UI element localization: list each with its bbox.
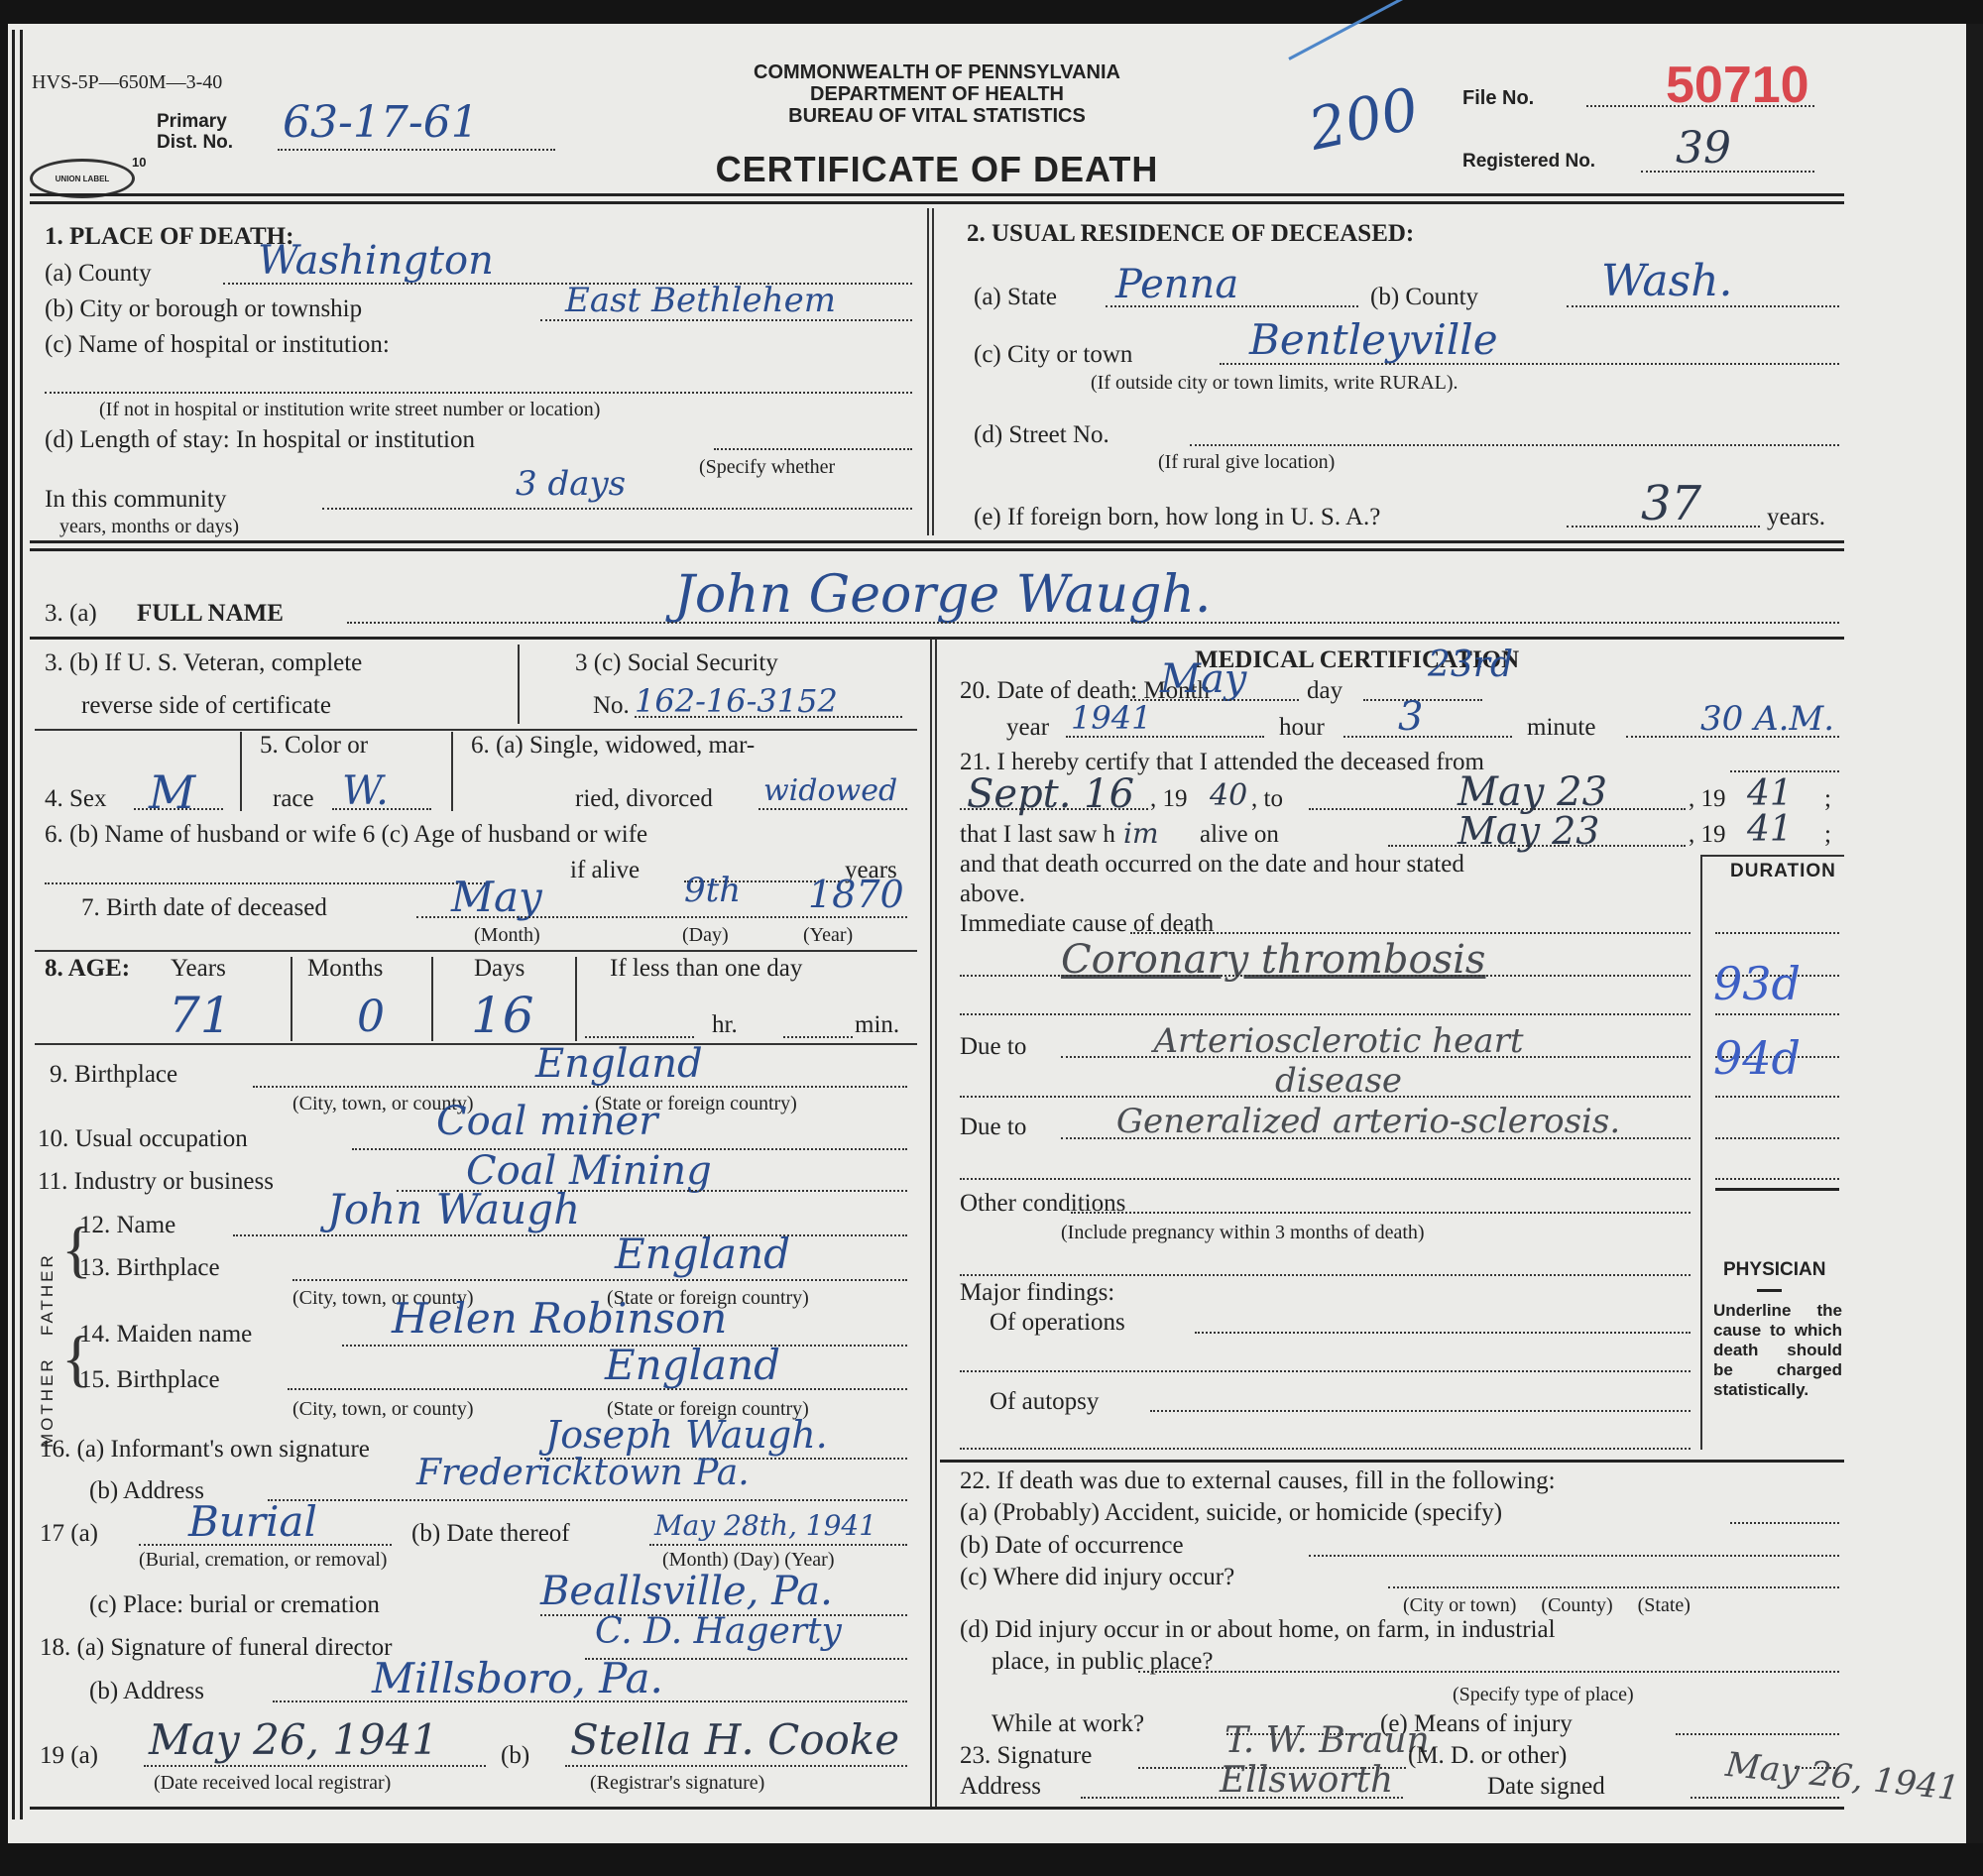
dotted-line <box>253 1086 907 1088</box>
birthplace-label: 9. Birthplace <box>50 1061 177 1089</box>
hospital-note: (If not in hospital or institution write… <box>99 399 600 421</box>
community-note: years, months or days) <box>59 516 239 538</box>
city-note: (City, town, or county) <box>292 1398 474 1421</box>
dotted-line <box>960 975 1691 977</box>
due-to-label: Due to <box>960 1033 1026 1061</box>
age-years-label: Years <box>171 955 226 983</box>
semicolon: ; <box>1824 785 1831 813</box>
external-a-label: (a) (Probably) Accident, suicide, or hom… <box>960 1499 1502 1527</box>
duration-heading: DURATION <box>1730 861 1836 882</box>
dotted-line <box>278 149 555 151</box>
dotted-line <box>268 1499 907 1501</box>
death-minute-label: minute <box>1527 714 1595 742</box>
physician-note: Underline the cause to which death shoul… <box>1713 1301 1842 1400</box>
attended-from: Sept. 16 <box>967 771 1134 817</box>
divider <box>935 640 937 1810</box>
residence-city-note: (If outside city or town limits, write R… <box>1091 372 1458 395</box>
duration-1: 93d <box>1713 957 1801 1010</box>
age-days-label: Days <box>474 955 525 983</box>
signature-address: Ellsworth <box>1220 1760 1393 1801</box>
hospital-label: (c) Name of hospital or institution: <box>45 331 390 359</box>
last-saw-label: that I last saw h <box>960 821 1115 849</box>
spouse-label: 6. (b) Name of husband or wife 6 (c) Age… <box>45 821 647 849</box>
occupation: Coal miner <box>436 1099 657 1144</box>
signature-label: 23. Signature <box>960 1742 1092 1770</box>
due-to-1: Arteriosclerotic heart disease <box>1101 1021 1576 1101</box>
dotted-line <box>1130 932 1691 934</box>
physician-signature: T. W. Braun <box>1225 1720 1430 1761</box>
last-saw-pronoun: im <box>1123 817 1159 850</box>
dotted-line <box>960 1274 1691 1276</box>
registrar-date-note: (Date received local registrar) <box>154 1772 391 1795</box>
county-label: (a) County <box>45 260 152 288</box>
mother-birthplace-label: 15. Birthplace <box>79 1366 220 1394</box>
page-title: CERTIFICATE OF DEATH <box>635 149 1239 190</box>
dotted-line <box>139 1544 392 1546</box>
father-name-label: 12. Name <box>79 1212 175 1239</box>
dotted-line <box>960 1013 1691 1015</box>
color-label: 5. Color or <box>260 732 368 760</box>
external-c-label: (c) Where did injury occur? <box>960 1564 1234 1591</box>
dotted-line <box>635 716 902 718</box>
min-label: min. <box>855 1011 899 1039</box>
burial-place-label: (c) Place: burial or cremation <box>89 1591 380 1619</box>
father-tag: FATHER <box>38 1222 58 1336</box>
mother-birthplace: England <box>605 1341 780 1389</box>
dotted-line <box>144 1765 486 1767</box>
external-heading: 22. If death was due to external causes,… <box>960 1467 1556 1495</box>
dotted-line <box>45 882 486 884</box>
scan-edge <box>1966 24 1983 1843</box>
dotted-line <box>1195 1332 1691 1334</box>
divider <box>35 950 917 952</box>
years-label: years. <box>1767 504 1825 531</box>
to-year-prefix: , 19 <box>1689 785 1726 813</box>
divider <box>930 640 932 1810</box>
occurred-label-2: above. <box>960 880 1025 908</box>
mother-name-label: 14. Maiden name <box>79 1321 252 1348</box>
dotted-line <box>1343 736 1512 738</box>
disposal-date: May 28th, 1941 <box>654 1509 876 1542</box>
department: DEPARTMENT OF HEALTH <box>635 83 1239 105</box>
community-value: 3 days <box>516 464 626 504</box>
agency-block: COMMONWEALTH OF PENNSYLVANIA DEPARTMENT … <box>635 61 1239 127</box>
dotted-line <box>1715 1178 1839 1180</box>
age-years: 71 <box>169 987 232 1044</box>
dotted-line <box>783 1036 853 1038</box>
dotted-line <box>347 622 1839 624</box>
dotted-line <box>960 808 1148 810</box>
dotted-line <box>1715 1013 1839 1015</box>
funeral-director-label: 18. (a) Signature of funeral director <box>40 1634 392 1662</box>
dotted-line <box>1150 1410 1691 1412</box>
director-address: Millsboro, Pa. <box>372 1654 663 1702</box>
dotted-line <box>1061 1056 1691 1058</box>
sex-label: 4. Sex <box>45 785 107 813</box>
foreign-label: (e) If foreign born, how long in U. S. A… <box>974 504 1380 531</box>
death-day: 23rd <box>1428 645 1513 685</box>
divider <box>518 645 520 724</box>
marital-status: widowed <box>763 773 897 808</box>
death-year-label: year <box>1006 714 1049 742</box>
bureau: BUREAU OF VITAL STATISTICS <box>635 105 1239 127</box>
veteran-label: 3. (b) If U. S. Veteran, complete <box>45 649 362 677</box>
dotted-line <box>322 508 912 510</box>
day-note: (Day) <box>682 924 729 947</box>
spouse-alive-label: if alive <box>570 857 640 884</box>
dotted-line <box>1061 1137 1691 1139</box>
ss-no-label: No. <box>593 692 630 720</box>
birth-day: 9th <box>684 871 741 910</box>
disposal-note: (Burial, cremation, or removal) <box>139 1549 387 1572</box>
street-label: (d) Street No. <box>974 421 1109 449</box>
divider <box>575 957 577 1041</box>
age-label: 8. AGE: <box>45 955 130 983</box>
ss-no: 162-16-3152 <box>635 682 838 720</box>
dotted-line <box>714 448 912 450</box>
residence-state: Penna <box>1115 262 1238 307</box>
dist-no-label: Dist. No. <box>157 132 233 153</box>
dotted-line <box>1388 845 1686 847</box>
funeral-director: C. D. Hagerty <box>595 1611 842 1652</box>
dotted-line <box>1066 736 1264 738</box>
death-hour-label: hour <box>1279 714 1325 742</box>
primary-label: Primary <box>157 111 233 132</box>
burial-place: Beallsville, Pa. <box>540 1569 833 1614</box>
dotted-line <box>1567 526 1760 528</box>
dotted-line <box>45 392 912 394</box>
residence-county-label: (b) County <box>1370 284 1478 311</box>
divider <box>451 732 453 811</box>
commonwealth: COMMONWEALTH OF PENNSYLVANIA <box>635 61 1239 83</box>
due-to-2: Generalized arterio-sclerosis. <box>1091 1101 1646 1142</box>
disposal-date-label: (b) Date thereof <box>411 1520 570 1548</box>
major-findings-label: Major findings: <box>960 1279 1114 1307</box>
dotted-line <box>1071 1212 1691 1214</box>
director-address-label: (b) Address <box>89 1678 204 1705</box>
other-conditions-note: (Include pregnancy within 3 months of de… <box>1061 1222 1425 1244</box>
birth-month: May <box>451 873 542 921</box>
dotted-line <box>960 1370 1691 1372</box>
sex: M <box>149 765 195 819</box>
dotted-line <box>585 1036 694 1038</box>
registrar-date: May 26, 1941 <box>149 1715 438 1764</box>
residence-county: Wash. <box>1601 256 1733 306</box>
external-d-label: (d) Did injury occur in or about home, o… <box>960 1616 1556 1644</box>
registrar-signature-note: (Registrar's signature) <box>590 1772 764 1795</box>
dotted-line <box>273 1700 907 1702</box>
less-than-day-label: If less than one day <box>610 955 802 983</box>
death-city: East Bethlehem <box>565 281 836 320</box>
full-name: John George Waugh. <box>674 565 1211 625</box>
informant-signature: Joseph Waugh. <box>545 1413 828 1457</box>
age-months: 0 <box>357 992 385 1042</box>
registrar-label: 19 (a) <box>40 1742 98 1770</box>
signature-address-label: Address <box>960 1773 1041 1801</box>
signature-suffix: (M. D. or other) <box>1408 1742 1567 1770</box>
ss-label: 3 (c) Social Security <box>575 649 778 677</box>
dotted-line <box>1715 932 1839 934</box>
divider <box>240 732 242 811</box>
mother-name: Helen Robinson <box>392 1294 727 1343</box>
informant-address-label: (b) Address <box>89 1477 204 1505</box>
residence-city: Bentleyville <box>1249 315 1498 364</box>
occupation-label: 10. Usual occupation <box>38 1125 248 1153</box>
birth-label: 7. Birth date of deceased <box>81 894 327 922</box>
industry-label: 11. Industry or business <box>38 1168 274 1196</box>
dotted-line <box>758 808 907 810</box>
dotted-line <box>565 1765 907 1767</box>
dotted-line <box>1388 1586 1839 1588</box>
from-year: 40 <box>1210 778 1247 813</box>
community-label: In this community <box>45 486 226 514</box>
divider <box>932 208 934 535</box>
dotted-line <box>960 1096 1691 1098</box>
birthplace: England <box>535 1041 703 1087</box>
divider <box>1700 855 1844 857</box>
divider <box>30 637 1844 640</box>
death-year: 1941 <box>1071 699 1151 737</box>
father-name: John Waugh <box>327 1185 580 1233</box>
dotted-line <box>1586 105 1814 107</box>
registrar-signature-label: (b) <box>501 1742 529 1770</box>
divider <box>1700 855 1702 1450</box>
dotted-line <box>134 808 223 810</box>
marital-label-2: ried, divorced <box>575 785 713 813</box>
to-label: , to <box>1251 785 1283 813</box>
external-b-label: (b) Date of occurrence <box>960 1532 1184 1560</box>
death-county: Washington <box>258 238 494 284</box>
year-note: (Year) <box>803 924 853 947</box>
physician-heading: PHYSICIAN <box>1723 1259 1825 1281</box>
stay-note: (Specify whether <box>699 456 835 479</box>
file-no-label: File No. <box>1462 87 1534 110</box>
dotted-line <box>1106 305 1358 307</box>
dotted-line <box>1130 699 1299 701</box>
age-days: 16 <box>471 987 534 1044</box>
death-hour: 3 <box>1398 694 1423 740</box>
veteran-label-2: reverse side of certificate <box>81 692 331 720</box>
race-label: race <box>273 785 314 813</box>
registered-no: 39 <box>1676 123 1731 174</box>
dotted-line <box>416 916 907 918</box>
age-months-label: Months <box>307 955 383 983</box>
last-saw-year-prefix: , 19 <box>1689 821 1726 849</box>
divider <box>940 1460 1844 1463</box>
external-d-note: (Specify type of place) <box>1453 1684 1634 1706</box>
divider <box>35 729 917 731</box>
disposal-label: 17 (a) <box>40 1520 98 1548</box>
dotted-line <box>1691 1797 1839 1799</box>
divider <box>30 548 1844 551</box>
informant-address: Fredericktown Pa. <box>416 1453 750 1493</box>
dotted-line <box>1641 171 1814 173</box>
dotted-line <box>1715 1137 1839 1139</box>
primary-dist-no: 63-17-61 <box>283 97 479 148</box>
dotted-line <box>1626 736 1839 738</box>
frame-border <box>12 30 15 1819</box>
divider <box>1715 1188 1839 1191</box>
father-birthplace-label: 13. Birthplace <box>79 1254 220 1282</box>
residence-heading: 2. USUAL RESIDENCE OF DECEASED: <box>967 220 1414 248</box>
hr-label: hr. <box>712 1011 738 1039</box>
dotted-line <box>292 1279 907 1281</box>
place-of-death-heading: 1. PLACE OF DEATH: <box>45 223 293 251</box>
divider <box>30 1807 1844 1810</box>
disposal: Burial <box>188 1497 317 1546</box>
full-name-label: FULL NAME <box>137 600 284 628</box>
operations-label: Of operations <box>990 1309 1125 1337</box>
dotted-line <box>1730 1522 1839 1524</box>
duration-2: 94d <box>1713 1031 1801 1085</box>
dotted-line <box>1138 1671 1839 1673</box>
frame-border <box>20 30 23 1819</box>
from-year-prefix: , 19 <box>1150 785 1188 813</box>
marital-label: 6. (a) Single, widowed, mar- <box>471 732 755 760</box>
primary-dist-label: Primary Dist. No. <box>157 111 233 153</box>
dotted-line <box>1081 1797 1403 1799</box>
registrar-signature: Stella H. Cooke <box>570 1715 899 1764</box>
city-label: (b) City or borough or township <box>45 295 362 323</box>
father-birthplace: England <box>615 1230 790 1278</box>
external-c-note: (City or town) (County) (State) <box>1403 1594 1691 1617</box>
dotted-line <box>649 1544 907 1546</box>
dotted-line <box>1309 1555 1839 1557</box>
dotted-line <box>1220 363 1839 365</box>
divider <box>30 201 1844 204</box>
residence-city-label: (c) City or town <box>974 341 1132 369</box>
death-month: May <box>1160 656 1246 702</box>
due-to-label-2: Due to <box>960 1114 1026 1141</box>
street-note: (If rural give location) <box>1158 451 1335 474</box>
dotted-line <box>1190 444 1839 446</box>
dotted-line <box>1567 305 1839 307</box>
death-minute: 30 A.M. <box>1700 699 1834 739</box>
residence-state-label: (a) State <box>974 284 1057 311</box>
autopsy-label: Of autopsy <box>990 1388 1099 1416</box>
last-saw-year: 41 <box>1747 809 1793 850</box>
dotted-line <box>1730 770 1839 772</box>
full-name-prefix: 3. (a) <box>45 600 97 628</box>
dotted-line <box>288 1388 907 1390</box>
divider <box>30 193 1844 196</box>
dotted-line <box>540 319 912 321</box>
foreign-years: 37 <box>1641 476 1701 531</box>
month-note: (Month) <box>474 924 540 947</box>
divider <box>291 957 292 1041</box>
date-signed-label: Date signed <box>1487 1773 1605 1801</box>
work-label: While at work? <box>991 1710 1144 1738</box>
divider <box>927 208 929 535</box>
death-day-label: day <box>1307 677 1342 705</box>
form-code: HVS-5P—650M—3-40 <box>32 71 222 94</box>
mother-tag: MOTHER <box>38 1329 58 1448</box>
divider <box>30 540 1844 543</box>
dotted-line <box>233 1234 907 1236</box>
to-year: 41 <box>1747 773 1793 814</box>
alive-on-label: alive on <box>1200 821 1279 849</box>
dotted-line <box>332 808 431 810</box>
occurred-label: and that death occurred on the date and … <box>960 851 1464 879</box>
dotted-line <box>1715 1096 1839 1098</box>
union-label-number: 10 <box>132 155 146 170</box>
birth-year: 1870 <box>808 873 904 916</box>
divider <box>431 957 433 1041</box>
dotted-line <box>960 1448 1691 1450</box>
divider <box>1757 1289 1782 1292</box>
stay-label: (d) Length of stay: In hospital or insti… <box>45 426 475 454</box>
informant-signature-label: 16. (a) Informant's own signature <box>40 1436 370 1464</box>
registered-no-label: Registered No. <box>1462 151 1595 173</box>
dotted-line <box>1676 1733 1839 1735</box>
divider <box>35 1043 917 1045</box>
dotted-line <box>960 1178 1691 1180</box>
semicolon: ; <box>1824 821 1831 849</box>
union-label-icon: UNION LABEL <box>30 159 135 198</box>
